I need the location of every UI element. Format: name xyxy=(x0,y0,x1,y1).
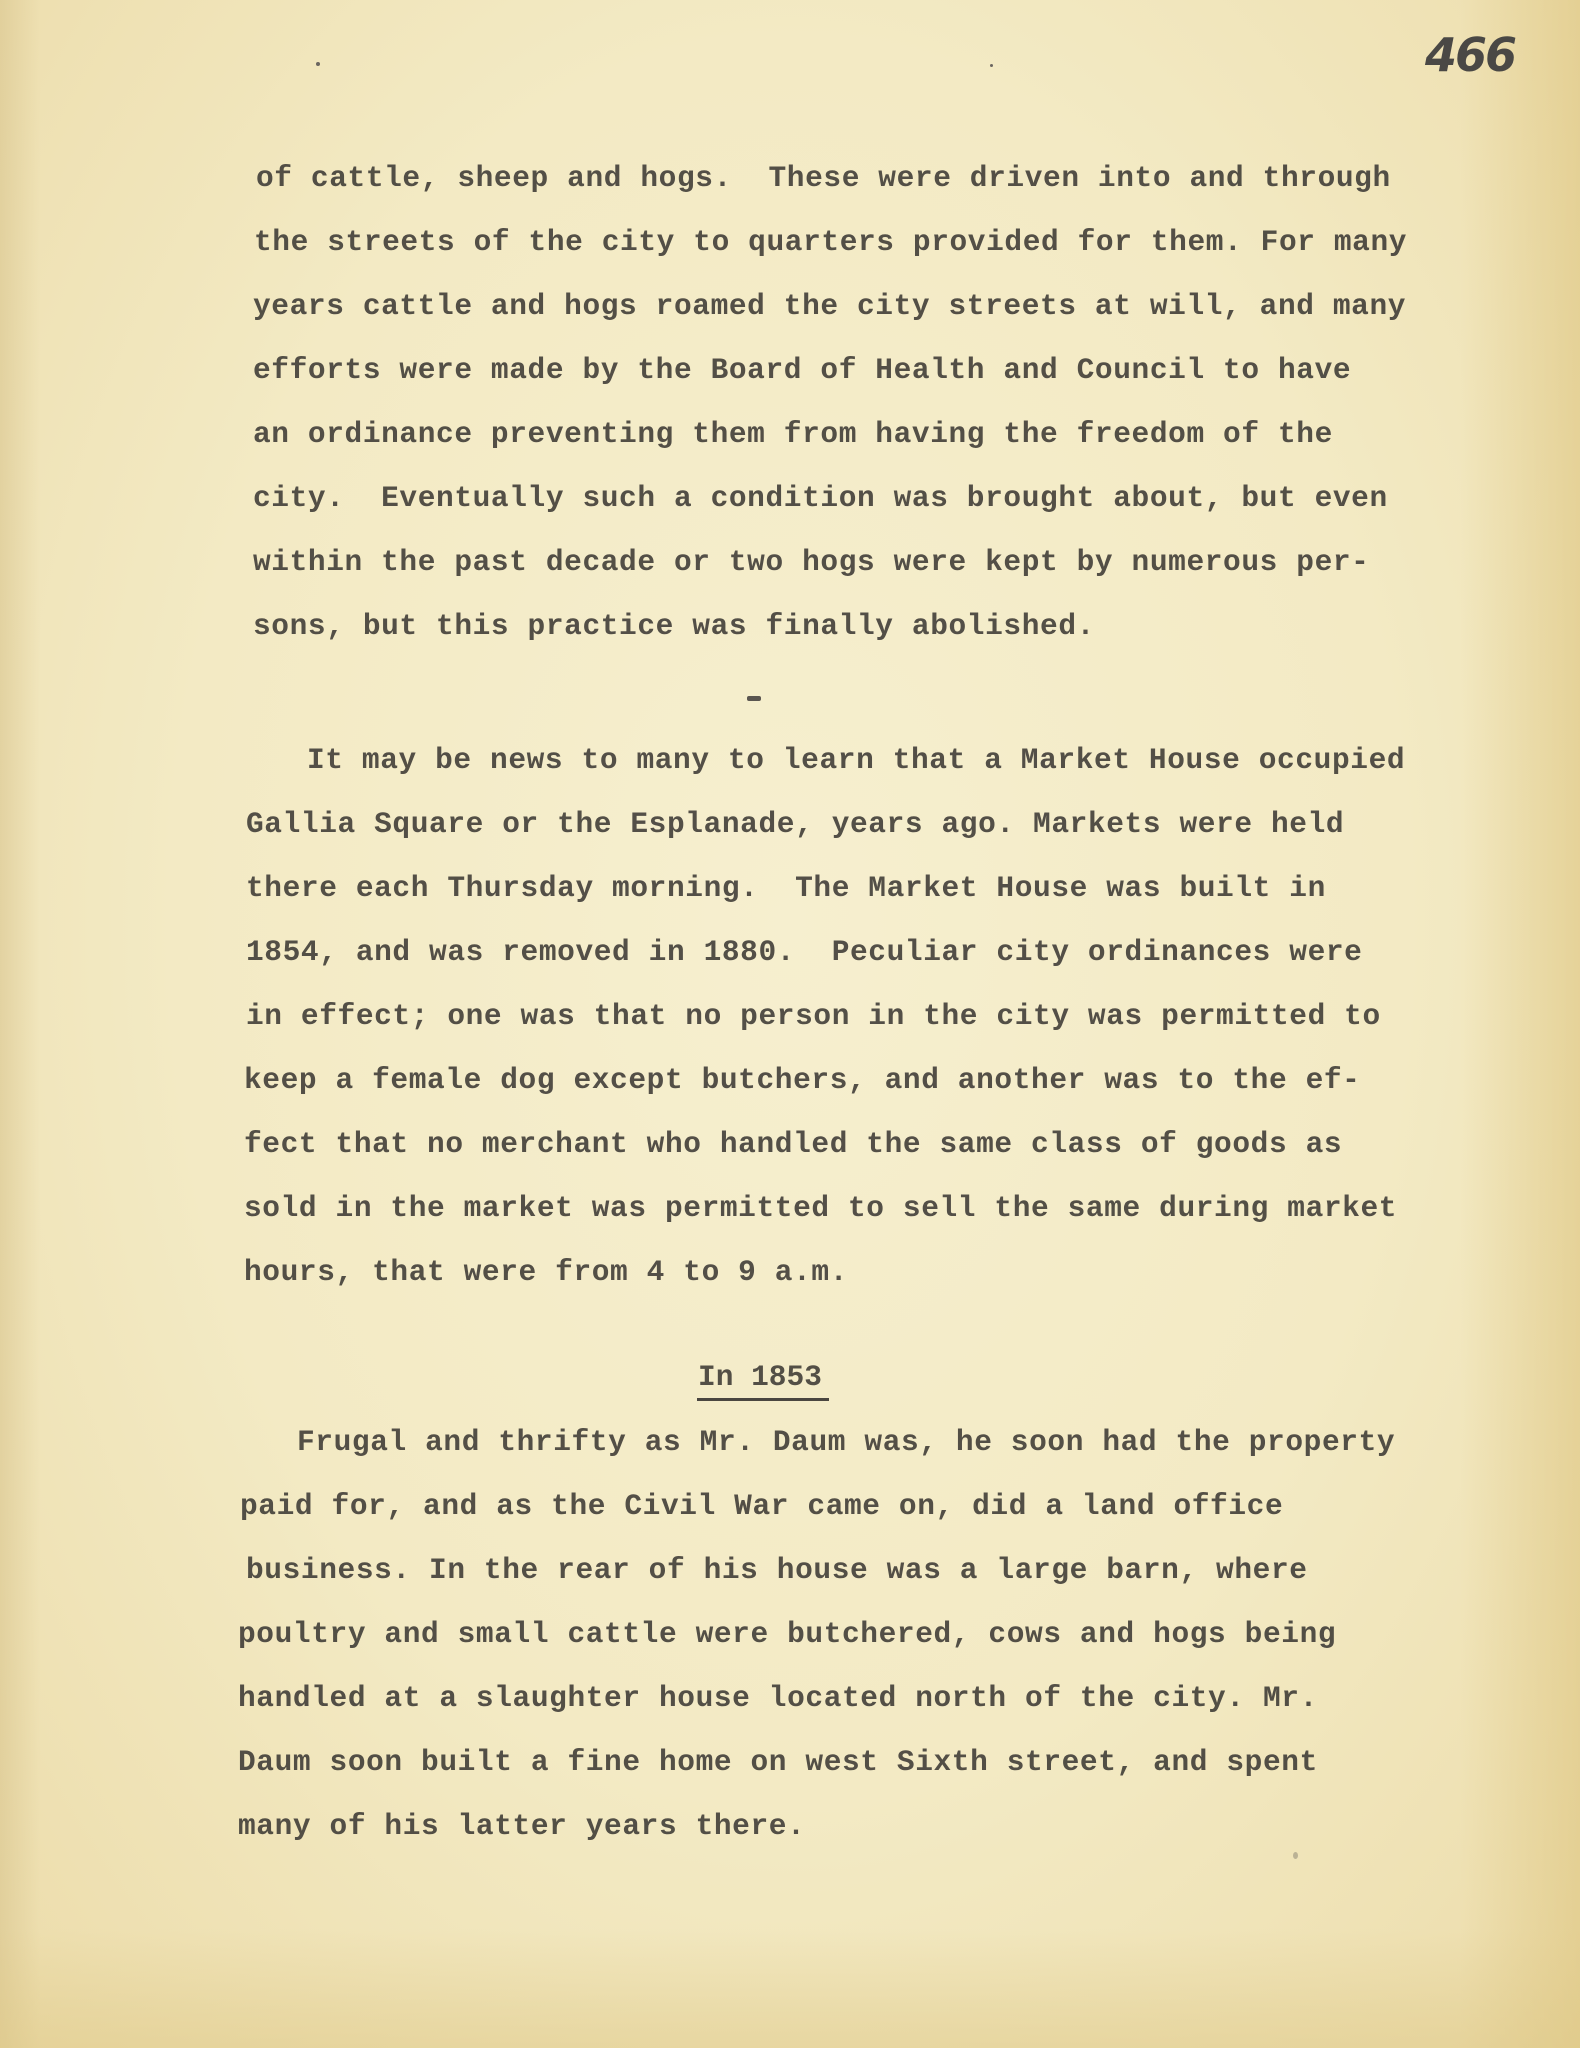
text-line: business. In the rear of his house was a… xyxy=(246,1552,1308,1588)
text-line: 1854, and was removed in 1880. Peculiar … xyxy=(246,934,1362,970)
text-line: sold in the market was permitted to sell… xyxy=(244,1190,1397,1226)
text-line: It may be news to many to learn that a M… xyxy=(307,742,1405,778)
text-line: fect that no merchant who handled the sa… xyxy=(244,1126,1342,1162)
text-line: an ordinance preventing them from having… xyxy=(253,416,1333,452)
text-line: in effect; one was that no person in the… xyxy=(246,998,1381,1034)
text-line: years cattle and hogs roamed the city st… xyxy=(253,288,1406,324)
text-line: of cattle, sheep and hogs. These were dr… xyxy=(256,160,1391,196)
text-line: sons, but this practice was finally abol… xyxy=(253,608,1095,644)
heading-underline xyxy=(697,1398,829,1401)
paper-edge-right xyxy=(1460,0,1580,2048)
text-line: there each Thursday morning. The Market … xyxy=(246,870,1326,906)
paper-speck xyxy=(1293,1852,1298,1859)
paper-edge-left xyxy=(0,0,40,2048)
paper-edge-bottom xyxy=(0,1928,1580,2048)
text-line: city. Eventually such a condition was br… xyxy=(253,480,1388,516)
text-line: poultry and small cattle were butchered,… xyxy=(238,1616,1336,1652)
text-line: Daum soon built a fine home on west Sixt… xyxy=(238,1744,1318,1780)
text-line: hours, that were from 4 to 9 a.m. xyxy=(244,1254,848,1290)
section-heading: In 1853 xyxy=(698,1360,822,1394)
text-line: Gallia Square or the Esplanade, years ag… xyxy=(246,806,1344,842)
paper-speck xyxy=(990,64,993,67)
text-line: handled at a slaughter house located nor… xyxy=(238,1680,1318,1716)
text-line: Frugal and thrifty as Mr. Daum was, he s… xyxy=(297,1424,1395,1460)
paper-speck xyxy=(316,62,320,66)
section-divider-dash xyxy=(747,696,761,701)
text-line: paid for, and as the Civil War came on, … xyxy=(240,1488,1283,1524)
text-line: many of his latter years there. xyxy=(238,1808,805,1844)
text-line: within the past decade or two hogs were … xyxy=(253,544,1369,580)
text-line: keep a female dog except butchers, and a… xyxy=(244,1062,1360,1098)
text-line: efforts were made by the Board of Health… xyxy=(253,352,1351,388)
handwritten-page-number: 466 xyxy=(1425,28,1515,82)
text-line: the streets of the city to quarters prov… xyxy=(254,224,1407,260)
